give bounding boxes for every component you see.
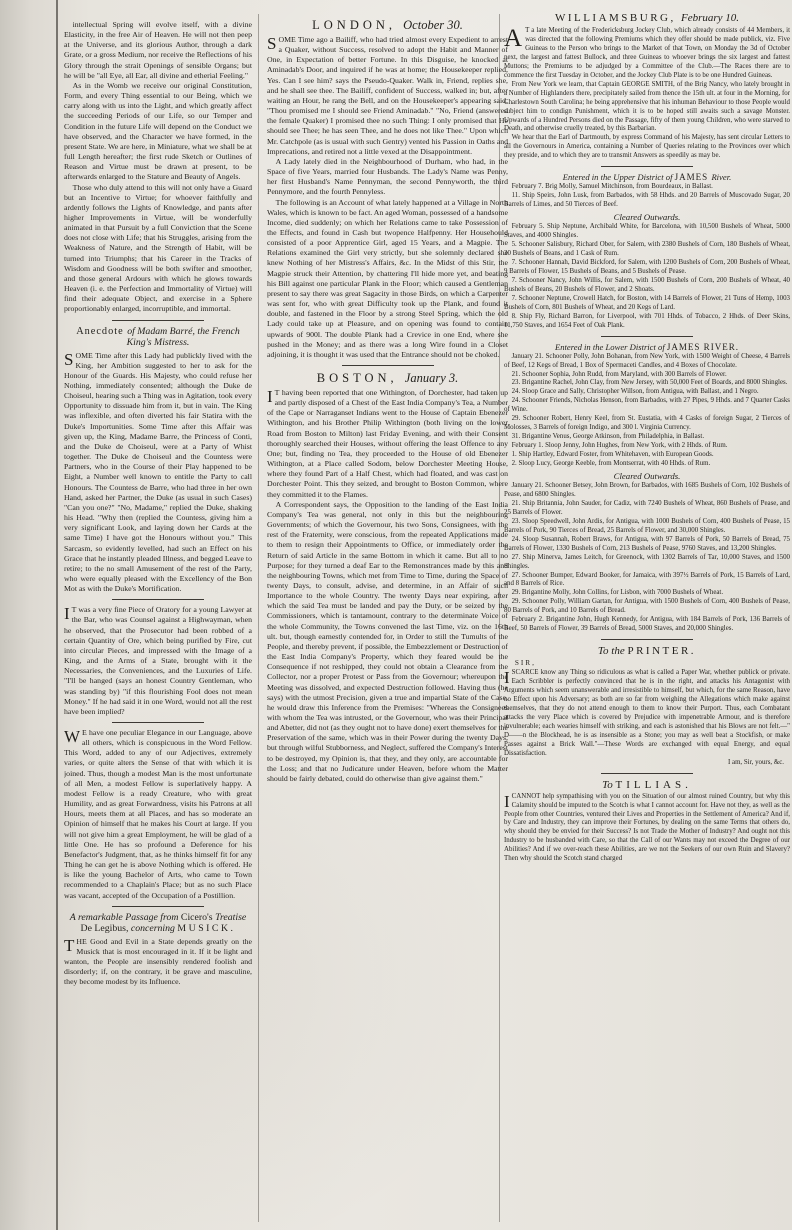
shipping-entry: 5. Schooner Salisbury, Richard Ober, for…	[504, 241, 790, 259]
drop-cap: I	[504, 793, 512, 809]
section-divider	[342, 365, 434, 366]
boston-news-heading: BOSTON, January 3.	[267, 371, 508, 385]
drop-cap: I	[504, 669, 512, 685]
drop-cap: I	[64, 605, 72, 621]
letter-to-printer-heading: To the PRINTER.	[504, 645, 790, 658]
shipping-entry: January 21. Schooner Polly, John Bohanan…	[504, 353, 790, 371]
shipping-entry: 24. Schooner Friends, Nicholas Henson, f…	[504, 397, 790, 415]
shipping-entry: 7. Schooner Hannah, David Bickford, for …	[504, 259, 790, 277]
section-divider	[112, 906, 204, 907]
shipping-entry: 23. Sloop Speedwell, John Ardis, for Ant…	[504, 518, 790, 536]
paragraph: As in the Womb we receive our original C…	[64, 81, 252, 183]
shipping-entry: 7. Schooner Neptune, Crowell Hatch, for …	[504, 295, 790, 313]
shipping-entry: 29. Brigantine Molly, John Collins, for …	[504, 589, 790, 598]
shipping-entry: 24. Sloop Susannah, Robert Braws, for An…	[504, 536, 790, 554]
paragraph: SOME Time after this Lady had publickly …	[64, 351, 252, 595]
section-divider	[112, 599, 204, 600]
entered-lower-james-heading: Entered in the Lower District of JAMES R…	[504, 342, 790, 352]
shipping-entry: 2. Sloop Lucy, George Keeble, from Monts…	[504, 460, 790, 469]
right-column: WILLIAMSBURG, February 10.AT a late Meet…	[504, 0, 790, 1230]
shipping-entry: February 1. Sloop Jenny, John Hughes, fr…	[504, 442, 790, 451]
paragraph: SOME Time ago a Bailiff, who had tried a…	[267, 35, 508, 157]
paragraph: WE have one peculiar Elegance in our Lan…	[64, 728, 252, 901]
shipping-entry: February 7. Brig Molly, Samuel Mitchinso…	[504, 183, 790, 192]
shipping-entry: February 2. Brigantine John, Hugh Kenned…	[504, 616, 790, 634]
shipping-entry: 21. Ship Britannia, John Sauder, for Cad…	[504, 500, 790, 518]
paragraph: THE Good and Evil in a State depends gre…	[64, 937, 252, 988]
paragraph: AT a late Meeting of the Fredericksburg …	[504, 27, 790, 81]
drop-cap: A	[504, 27, 525, 49]
drop-cap: I	[267, 388, 275, 404]
shipping-entry: 24. Sloop Grace and Sally, Christopher W…	[504, 388, 790, 397]
shipping-entry: 8. Ship Fly, Richard Barron, for Liverpo…	[504, 313, 790, 331]
letter-signoff: I am, Sir, yours, &c.	[504, 759, 790, 768]
entered-upper-james-heading: Entered in the Upper District of JAMES R…	[504, 172, 790, 182]
paragraph: We hear that the Earl of Dartmouth, by e…	[504, 134, 790, 161]
paragraph: A Lady lately died in the Neighbourhood …	[267, 157, 508, 198]
section-divider	[112, 722, 204, 723]
paragraph: intellectual Spring will evolve itself, …	[64, 20, 252, 81]
section-divider	[601, 639, 693, 640]
shipping-entry: January 21. Schooner Betsey, John Brown,…	[504, 482, 790, 500]
section-divider	[112, 320, 204, 321]
letter-to-tillias-heading: To TILLIAS.	[504, 779, 790, 792]
cicero-musick-heading: A remarkable Passage from Cicero's Treat…	[64, 912, 252, 935]
paragraph: The following is an Account of what late…	[267, 198, 508, 361]
shipping-entry: 31. Brigantine Venus, George Atkinson, f…	[504, 433, 790, 442]
newspaper-page: intellectual Spring will evolve itself, …	[0, 0, 792, 1230]
drop-cap: T	[64, 937, 76, 953]
section-divider	[601, 773, 693, 774]
paragraph: IT was a very fine Piece of Oratory for …	[64, 605, 252, 717]
paragraph: I CANNOT help sympathising with you on t…	[504, 793, 790, 865]
shipping-entry: 29. Schooner Polly, William Gartan, for …	[504, 598, 790, 616]
shipping-entry: February 5. Ship Neptune, Archibald Whit…	[504, 223, 790, 241]
shipping-entry: 23. Brigantine Rachel, John Clay, from N…	[504, 379, 790, 388]
london-news-heading: LONDON, October 30.	[267, 18, 508, 32]
column-rule	[258, 14, 259, 1222]
middle-column: LONDON, October 30.SOME Time ago a Baili…	[267, 0, 508, 1230]
section-divider	[601, 166, 693, 167]
shipping-entry: 27. Schooner Bumper, Edward Booker, for …	[504, 572, 790, 590]
letter-salutation: SIR,	[504, 659, 790, 668]
shipping-entry: 7. Schooner Nancy, John Willis, for Sale…	[504, 277, 790, 295]
section-divider	[601, 336, 693, 337]
paragraph: IT having been reported that one Withing…	[267, 388, 508, 500]
cleared-upper-james-heading: Cleared Outwards.	[504, 212, 790, 222]
shipping-entry: 11. Ship Speirs, John Lusk, from Barbado…	[504, 192, 790, 210]
drop-cap: S	[64, 351, 75, 367]
binding-edge-rule	[56, 0, 58, 1230]
drop-cap: S	[267, 35, 278, 51]
cleared-lower-james-heading: Cleared Outwards.	[504, 471, 790, 481]
paragraph: I SCARCE know any Thing so ridiculous as…	[504, 669, 790, 759]
drop-cap: W	[64, 728, 82, 744]
shipping-entry: 21. Schooner Sophia, John Rudd, from Mar…	[504, 371, 790, 380]
paragraph: A Correspondent says, the Opposition to …	[267, 500, 508, 784]
shipping-entry: 1. Ship Hartley, Edward Foster, from Whi…	[504, 451, 790, 460]
paragraph: From New York we learn, that Captain GEO…	[504, 81, 790, 135]
left-column: intellectual Spring will evolve itself, …	[64, 0, 252, 1230]
shipping-entry: 27. Ship Minerva, James Leitch, for Gree…	[504, 554, 790, 572]
paragraph: Those who duly attend to this will not o…	[64, 183, 252, 315]
williamsburg-news-heading: WILLIAMSBURG, February 10.	[504, 12, 790, 25]
anecdote-madam-barre-heading: Anecdote of Madam Barré, the French King…	[64, 326, 252, 349]
shipping-entry: 29. Schooner Robert, Henry Keel, from St…	[504, 415, 790, 433]
